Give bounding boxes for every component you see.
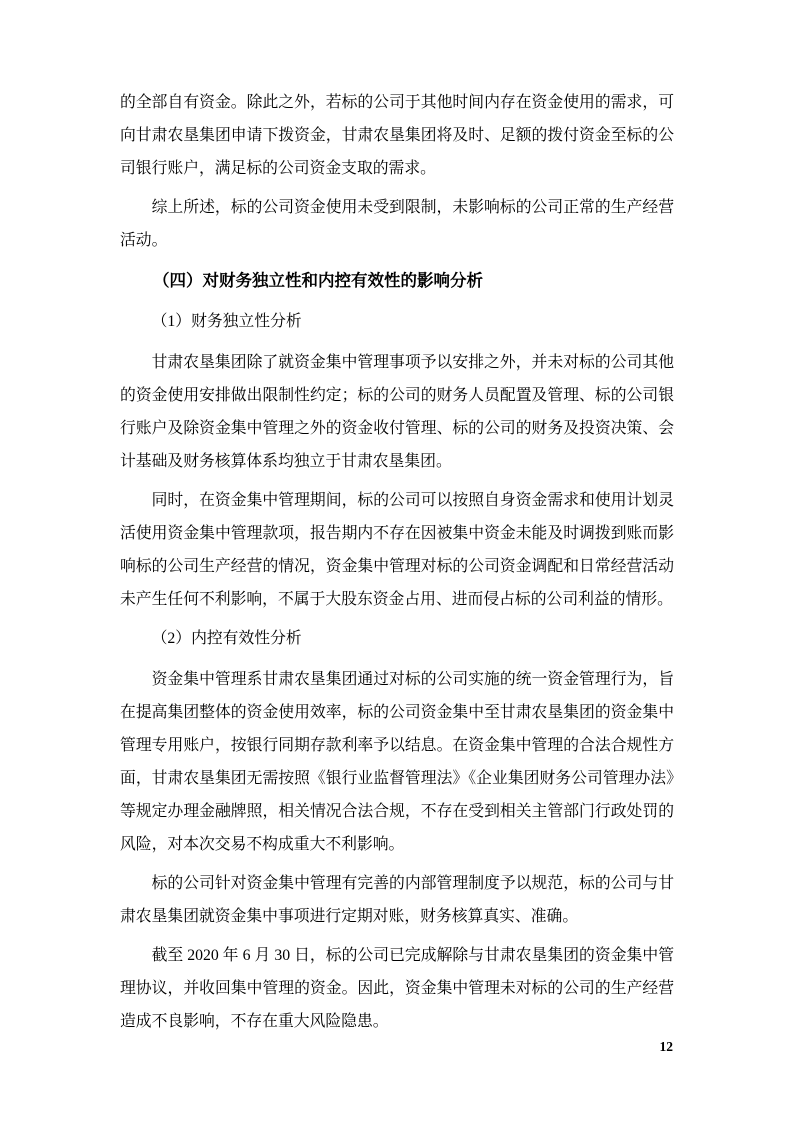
page-number: 12 xyxy=(660,1039,674,1055)
section-heading-four: （四）对财务独立性和内控有效性的影响分析 xyxy=(120,264,674,297)
paragraph-continuation: 的全部自有资金。除此之外，若标的公司于其他时间内存在资金使用的需求，可向甘肃农垦… xyxy=(120,86,674,185)
paragraph-internal-control-2: 标的公司针对资金集中管理有完善的内部管理制度予以规范，标的公司与甘肃农垦集团就资… xyxy=(120,867,674,933)
document-page: 的全部自有资金。除此之外，若标的公司于其他时间内存在资金使用的需求，可向甘肃农垦… xyxy=(0,0,793,1122)
document-content: 的全部自有资金。除此之外，若标的公司于其他时间内存在资金使用的需求，可向甘肃农垦… xyxy=(120,86,674,1044)
paragraph-financial-independence-1: 甘肃农垦集团除了就资金集中管理事项予以安排之外，并未对标的公司其他的资金使用安排… xyxy=(120,346,674,478)
paragraph-internal-control-1: 资金集中管理系甘肃农垦集团通过对标的公司实施的统一资金管理行为，旨在提高集团整体… xyxy=(120,663,674,861)
paragraph-financial-independence-2: 同时，在资金集中管理期间，标的公司可以按照自身资金需求和使用计划灵活使用资金集中… xyxy=(120,484,674,616)
paragraph-summary: 综上所述，标的公司资金使用未受到限制，未影响标的公司正常的生产经营活动。 xyxy=(120,191,674,257)
paragraph-conclusion: 截至 2020 年 6 月 30 日，标的公司已完成解除与甘肃农垦集团的资金集中… xyxy=(120,939,674,1038)
subsection-heading-financial-independence: （1）财务独立性分析 xyxy=(120,305,674,338)
subsection-heading-internal-control: （2）内控有效性分析 xyxy=(120,622,674,655)
